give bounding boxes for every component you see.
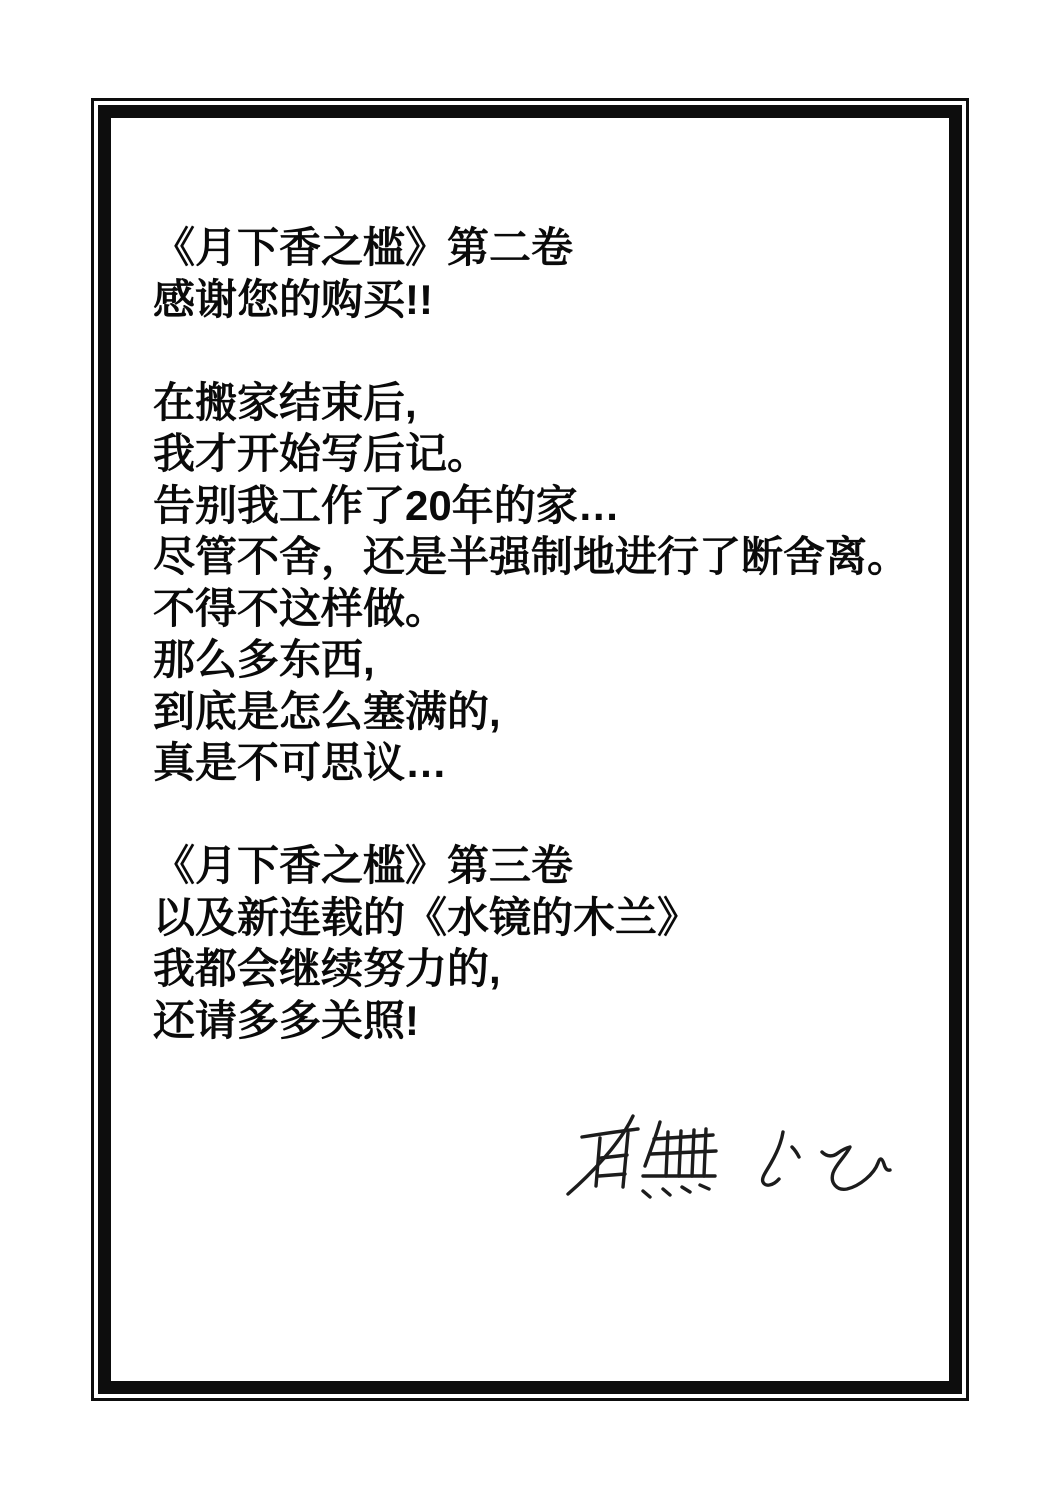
- signature-text: 有無 ふひ: [557, 1238, 558, 1239]
- text-line: 我都会继续努力的,: [153, 943, 909, 995]
- text-line: 不得不这样做。: [153, 583, 909, 635]
- afterword-paragraph-1: 《月下香之槛》第二卷 感谢您的购买!!: [153, 222, 909, 325]
- text-line: 感谢您的购买!!: [153, 274, 909, 326]
- text-line: 还请多多关照!: [153, 995, 909, 1047]
- page-inner-frame: 《月下香之槛》第二卷 感谢您的购买!! 在搬家结束后, 我才开始写后记。 告别我…: [98, 105, 962, 1394]
- text-line: 告别我工作了20年的家…: [153, 480, 909, 532]
- text-line: 以及新连载的《水镜的木兰》: [153, 892, 909, 944]
- text-line: 《月下香之槛》第三卷: [153, 840, 909, 892]
- signature-handwriting-icon: [557, 1106, 907, 1238]
- text-line: 真是不可思议…: [153, 737, 909, 789]
- afterword-text: 《月下香之槛》第二卷 感谢您的购买!! 在搬家结束后, 我才开始写后记。 告别我…: [153, 222, 909, 1046]
- afterword-paragraph-2: 在搬家结束后, 我才开始写后记。 告别我工作了20年的家… 尽管不舍，还是半强制…: [153, 377, 909, 789]
- author-signature: 有無 ふひ: [557, 1106, 907, 1238]
- text-line: 那么多东西,: [153, 634, 909, 686]
- text-line: 《月下香之槛》第二卷: [153, 222, 909, 274]
- page-outer-frame: 《月下香之槛》第二卷 感谢您的购买!! 在搬家结束后, 我才开始写后记。 告别我…: [91, 98, 969, 1401]
- afterword-paragraph-3: 《月下香之槛》第三卷 以及新连载的《水镜的木兰》 我都会继续努力的, 还请多多关…: [153, 840, 909, 1046]
- page-content: 《月下香之槛》第二卷 感谢您的购买!! 在搬家结束后, 我才开始写后记。 告别我…: [111, 118, 949, 1381]
- text-line: 在搬家结束后,: [153, 377, 909, 429]
- text-line: 尽管不舍，还是半强制地进行了断舍离。: [153, 531, 909, 583]
- text-line: 到底是怎么塞满的,: [153, 686, 909, 738]
- text-line: 我才开始写后记。: [153, 428, 909, 480]
